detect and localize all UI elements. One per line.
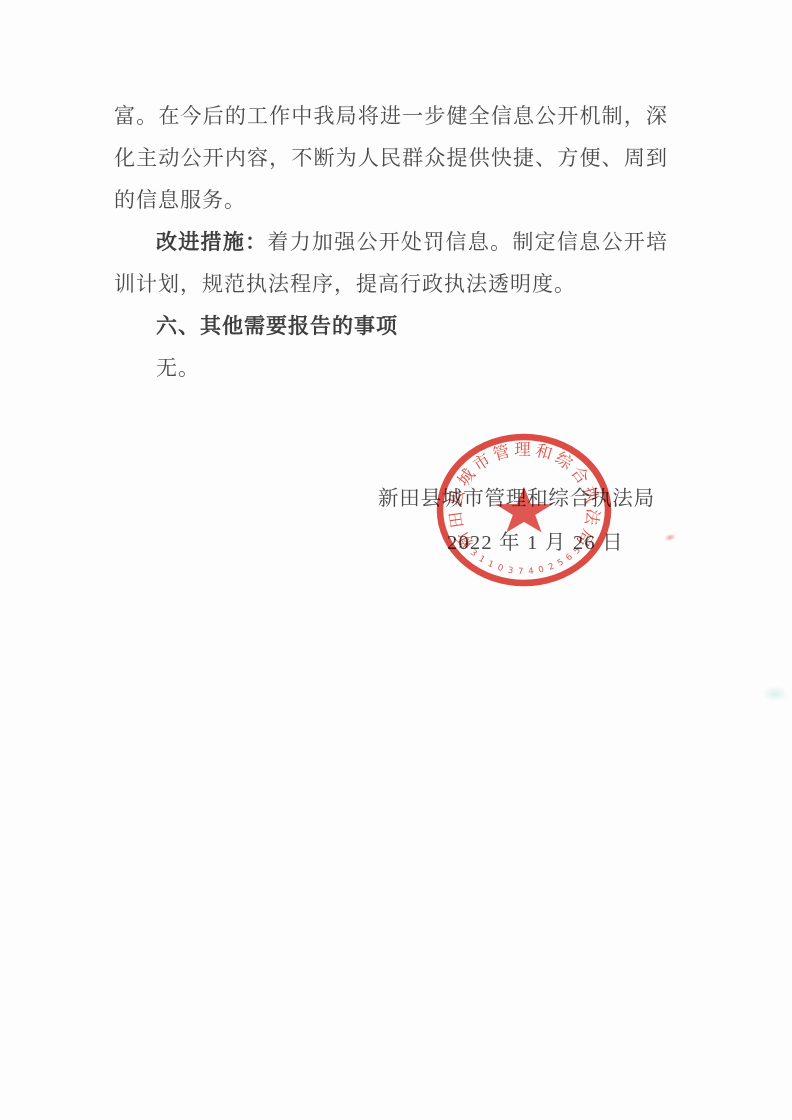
improvement-measures-label: 改进措施： xyxy=(156,230,267,254)
ink-speck xyxy=(663,533,676,543)
document-body: 富。在今后的工作中我局将进一步健全信息公开机制，深化主动公开内容，不断为人民群众… xyxy=(114,95,668,389)
paragraph-none: 无。 xyxy=(114,347,668,389)
seal-star-icon xyxy=(496,487,553,533)
section-six-heading: 六、其他需要报告的事项 xyxy=(114,305,668,347)
paragraph-improvement-measures: 改进措施：着力加强公开处罚信息。制定信息公开培训计划，规范执法程序，提高行政执法… xyxy=(114,221,668,305)
scan-smudge xyxy=(762,686,788,702)
document-page: 富。在今后的工作中我局将进一步健全信息公开机制，深化主动公开内容，不断为人民群众… xyxy=(0,0,792,1120)
paragraph-continuation: 富。在今后的工作中我局将进一步健全信息公开机制，深化主动公开内容，不断为人民群众… xyxy=(114,95,668,221)
official-seal-stamp: 新田县城市管理和综合执法局 4311037402565 xyxy=(436,432,612,590)
